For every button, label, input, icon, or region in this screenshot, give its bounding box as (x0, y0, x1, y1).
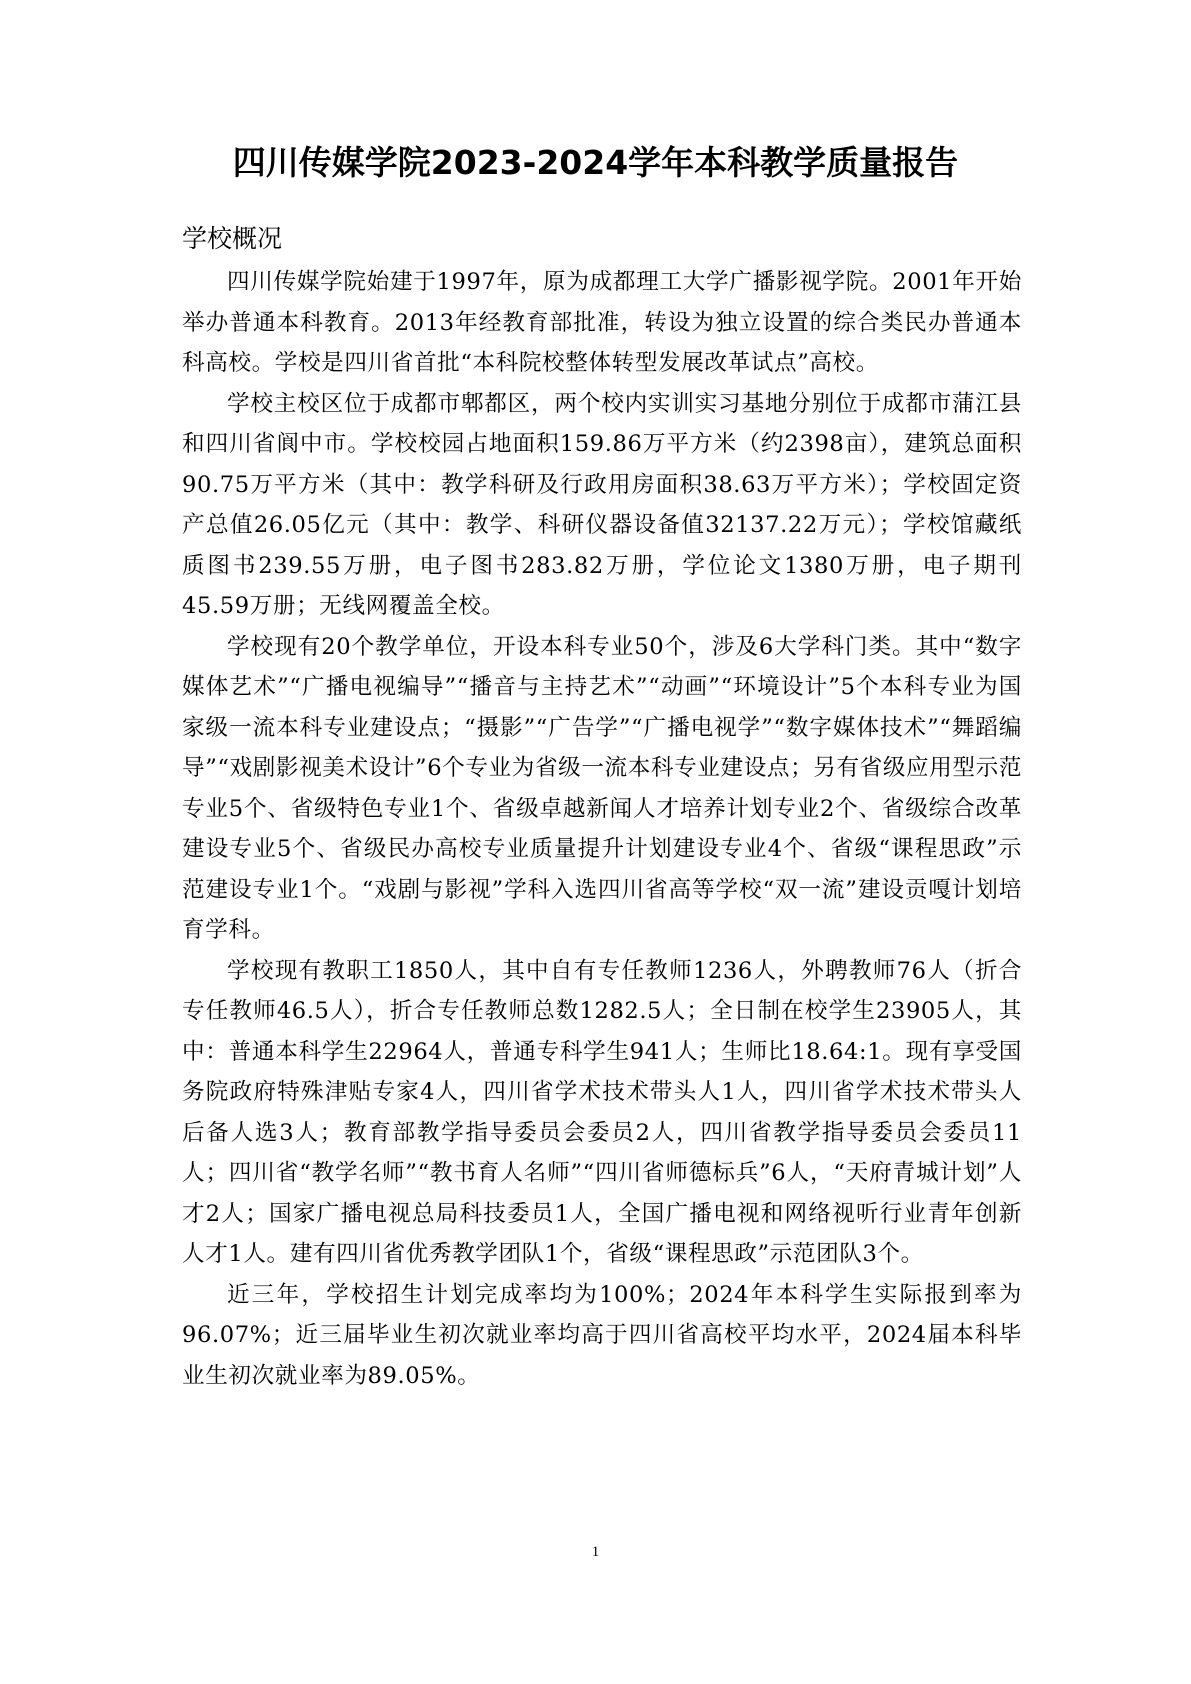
paragraph-faculty: 学校现有教职工1850人，其中自有专任教师1236人，外聘教师76人（折合专任教… (182, 951, 1022, 1275)
paragraph-campus: 学校主校区位于成都市郫都区，两个校内实训实习基地分别位于成都市蒲江县和四川省阆中… (182, 384, 1022, 627)
paragraph-enrollment: 近三年，学校招生计划完成率均为100%；2024年本科学生实际报到率为96.07… (182, 1275, 1022, 1397)
document-page: 四川传媒学院2023-2024学年本科教学质量报告 学校概况 四川传媒学院始建于… (0, 0, 1191, 1684)
document-title: 四川传媒学院2023-2024学年本科教学质量报告 (0, 138, 1191, 188)
paragraph-history: 四川传媒学院始建于1997年，原为成都理工大学广播影视学院。2001年开始举办普… (182, 262, 1022, 384)
page-number: 1 (0, 1543, 1191, 1561)
section-heading: 学校概况 (182, 219, 282, 259)
paragraph-majors: 学校现有20个教学单位，开设本科专业50个，涉及6大学科门类。其中“数字媒体艺术… (182, 627, 1022, 951)
body-text: 四川传媒学院始建于1997年，原为成都理工大学广播影视学院。2001年开始举办普… (182, 262, 1022, 1396)
